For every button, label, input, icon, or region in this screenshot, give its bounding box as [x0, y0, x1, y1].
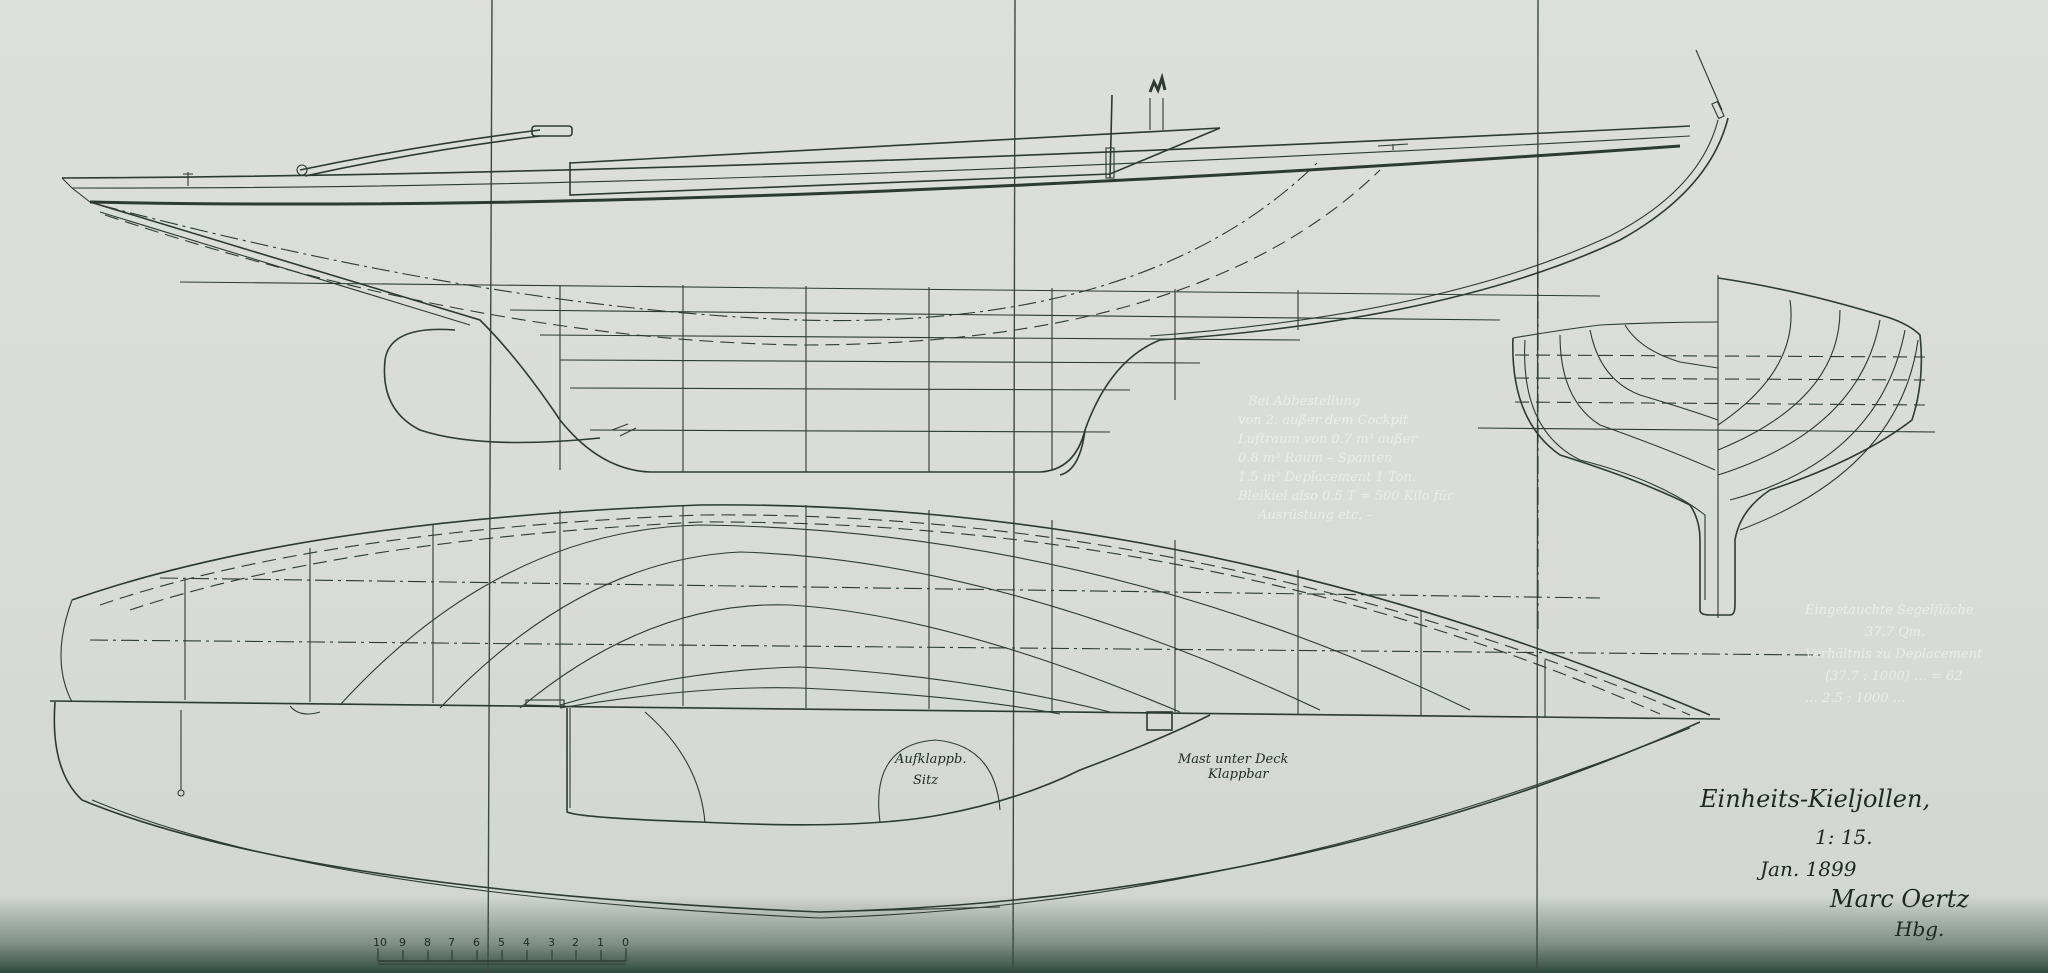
body-plan-view — [1478, 270, 1935, 630]
boat-lines-drawing — [0, 0, 2048, 973]
scale-tick-label: 0 — [622, 936, 629, 949]
half-breadth-view — [50, 505, 1820, 918]
scale-tick-label: 8 — [424, 936, 431, 949]
note-line: Ausrüstung etc. – — [1238, 506, 1453, 525]
mast-label: Mast unter Deck Klappbar — [1178, 752, 1288, 782]
lines-plan-sheet: Aufklappb. Sitz Mast unter Deck Klappbar… — [0, 0, 2048, 973]
fold-line — [1013, 0, 1015, 973]
note-line: … 2.5 : 1000 … — [1805, 688, 1982, 710]
scale-tick-label: 6 — [473, 936, 480, 949]
note-line: Bei Abbestellung — [1238, 392, 1453, 411]
fold-line — [488, 0, 492, 973]
displacement-notes: Bei Abbestellung von 2. außer dem Cockpi… — [1238, 392, 1453, 525]
note-line: 0.8 m³ Raum – Spanten — [1238, 449, 1453, 468]
scale-tick-label: 7 — [448, 936, 455, 949]
seat-label: Aufklappb. Sitz — [895, 752, 966, 788]
seat-label-line2: Sitz — [895, 773, 966, 788]
scale-tick-label: 2 — [572, 936, 579, 949]
sail-area-notes: Eingetauchte Segelfläche 37.7 Qm. Verhäl… — [1805, 600, 1982, 710]
note-line: (37.7 : 1000) … = 62 — [1805, 666, 1982, 688]
drawing-title: Einheits-Kieljollen, — [1700, 785, 1930, 813]
note-line: Verhältnis zu Deplacement — [1805, 644, 1982, 666]
drawing-location: Hbg. — [1895, 917, 1944, 941]
drawing-date: Jan. 1899 — [1760, 857, 1856, 881]
scale-tick-label: 4 — [523, 936, 530, 949]
mast-label-line2: Klappbar — [1178, 767, 1288, 782]
scale-tick-label: 9 — [399, 936, 406, 949]
drawing-scale: 1: 15. — [1815, 825, 1873, 849]
designer-signature: Marc Oertz — [1830, 885, 1969, 913]
note-line: von 2. außer dem Cockpit — [1238, 411, 1453, 430]
note-line: Eingetauchte Segelfläche — [1805, 600, 1982, 622]
mast-label-line1: Mast unter Deck — [1178, 752, 1288, 767]
scale-tick-label: 1 — [597, 936, 604, 949]
seat-label-line1: Aufklappb. — [895, 752, 966, 767]
note-line: Bleikiel also 0.5 T = 500 Kilo für — [1238, 487, 1453, 506]
scale-bar — [378, 948, 626, 964]
scale-tick-label: 10 — [373, 936, 387, 949]
profile-view — [62, 50, 1728, 475]
scale-tick-label: 3 — [548, 936, 555, 949]
note-line: Luftraum von 0.7 m³ außer — [1238, 430, 1453, 449]
fold-line — [1537, 0, 1538, 973]
note-line: 37.7 Qm. — [1805, 622, 1982, 644]
note-line: 1.5 m³ Deplacement 1 Ton. — [1238, 468, 1453, 487]
scale-tick-label: 5 — [498, 936, 505, 949]
